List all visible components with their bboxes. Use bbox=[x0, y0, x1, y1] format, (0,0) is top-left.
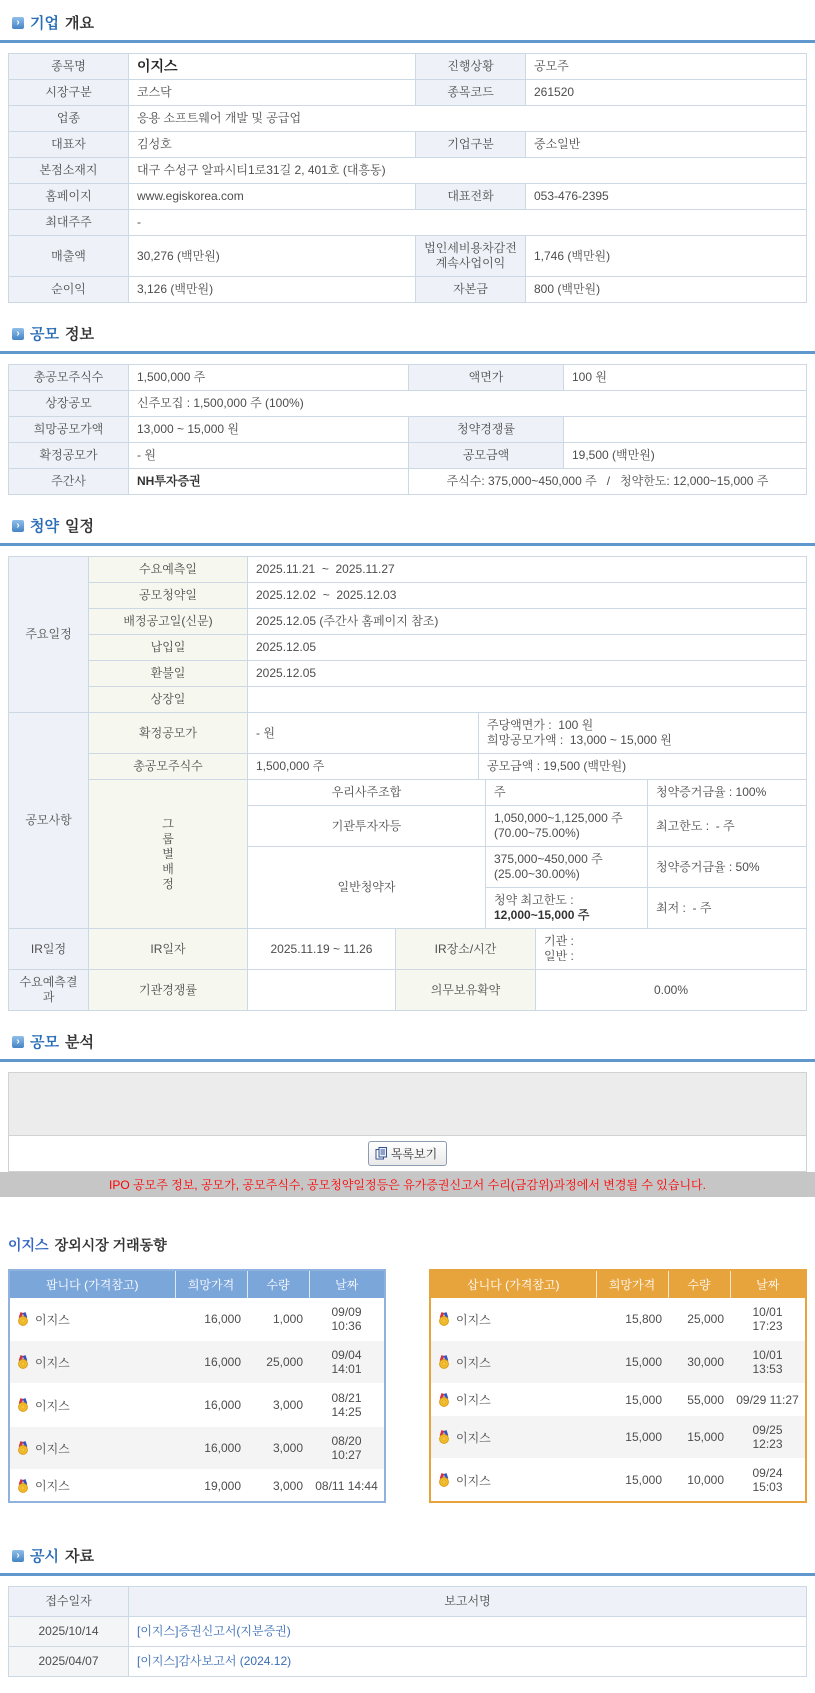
otc-price: 16,000 bbox=[175, 1298, 247, 1341]
ipo-page: › 기업 개요 종목명 이지스 진행상황 공모주 시장구분 코스닥 종목코드 2… bbox=[0, 0, 815, 1677]
label-fixed-price: 확정공모가 bbox=[9, 443, 129, 469]
otc-stock-link[interactable]: 이지스 bbox=[437, 1354, 590, 1371]
institution-ratio-value bbox=[248, 970, 396, 1011]
label-ceo: 대표자 bbox=[9, 132, 129, 158]
label-payment-date: 납입일 bbox=[89, 635, 248, 661]
otc-price: 15,000 bbox=[596, 1416, 668, 1459]
buy-header-date: 날짜 bbox=[730, 1270, 806, 1298]
esop-shares-value: 주 bbox=[486, 780, 648, 806]
label-hope-price: 희망공모가액 bbox=[9, 417, 129, 443]
otc-stock-name: 이지스 bbox=[35, 1354, 70, 1371]
table-row: 주요일정 수요예측일 2025.11.21 ~ 2025.11.27 bbox=[9, 557, 807, 583]
otc-qty: 3,000 bbox=[247, 1470, 309, 1503]
label-homepage: 홈페이지 bbox=[9, 184, 129, 210]
fixed-price2-note: 주당액면가 : 100 원 희망공모가액 : 13,000 ~ 15,000 원 bbox=[479, 713, 807, 754]
otc-stock-name: 이지스 bbox=[456, 1391, 491, 1408]
otc-stock-link[interactable]: 이지스 bbox=[16, 1397, 169, 1414]
institution-max-limit: 최고한도 : - 주 bbox=[648, 806, 807, 847]
otc-date: 08/20 10:27 bbox=[309, 1427, 385, 1470]
otc-price: 16,000 bbox=[175, 1427, 247, 1470]
capital-value: 800 (백만원) bbox=[526, 277, 807, 303]
rowhead-demand-forecast-result: 수요예측결과 bbox=[9, 970, 89, 1011]
otc-stock-name: 이지스 bbox=[35, 1477, 70, 1494]
section-underline bbox=[0, 40, 815, 43]
total-shares2-note: 공모금액 : 19,500 (백만원) bbox=[479, 754, 807, 780]
stock-name-value: 이지스 bbox=[129, 54, 416, 80]
buy-header-price: 희망가격 bbox=[596, 1270, 668, 1298]
disclosure-date: 2025/10/14 bbox=[9, 1617, 129, 1647]
otc-price: 15,000 bbox=[596, 1384, 668, 1416]
label-esop-group: 우리사주조합 bbox=[248, 780, 486, 806]
sell-header-price: 희망가격 bbox=[175, 1270, 247, 1298]
otc-date: 10/01 17:23 bbox=[730, 1298, 806, 1341]
label-fixed-price2: 확정공모가 bbox=[89, 713, 248, 754]
section-title-disclosure-em: 공시 bbox=[30, 1545, 59, 1566]
disclosure-table: 접수일자 보고서명 2025/10/14 [이지스]증권신고서(지분증권) 20… bbox=[8, 1586, 807, 1677]
otc-qty: 25,000 bbox=[247, 1341, 309, 1384]
table-row: 이지스 16,000 3,000 08/20 10:27 bbox=[9, 1427, 385, 1470]
table-row: 업종 응용 소프트웨어 개발 및 공급업 bbox=[9, 106, 807, 132]
section-underline bbox=[0, 543, 815, 546]
refund-date-value: 2025.12.05 bbox=[248, 661, 807, 687]
industry-value: 응용 소프트웨어 개발 및 공급업 bbox=[129, 106, 807, 132]
rowhead-ir-schedule: IR일정 bbox=[9, 929, 89, 970]
label-institution-group: 기관투자자등 bbox=[248, 806, 486, 847]
label-ir-place: IR장소/시간 bbox=[396, 929, 536, 970]
section-bullet-icon: › bbox=[12, 520, 24, 532]
medal-icon bbox=[16, 1441, 30, 1455]
otc-qty: 25,000 bbox=[668, 1298, 730, 1341]
table-row: 본점소재지 대구 수성구 알파시티1로31길 2, 401호 (대흥동) bbox=[9, 158, 807, 184]
label-net-income: 순이익 bbox=[9, 277, 129, 303]
label-par-value: 액면가 bbox=[409, 365, 564, 391]
otc-price: 16,000 bbox=[175, 1341, 247, 1384]
section-bullet-icon: › bbox=[12, 328, 24, 340]
table-row: 총공모주식수 1,500,000 주 공모금액 : 19,500 (백만원) bbox=[9, 754, 807, 780]
otc-price: 15,000 bbox=[596, 1459, 668, 1503]
general-shares-value: 375,000~450,000 주 (25.00~30.00%) bbox=[486, 847, 648, 888]
medal-icon bbox=[437, 1355, 451, 1369]
head-office-value: 대구 수성구 알파시티1로31길 2, 401호 (대흥동) bbox=[129, 158, 807, 184]
rowhead-group-allocation: 그 룹 별 배 정 bbox=[89, 780, 248, 929]
table-row: 이지스 19,000 3,000 08/11 14:44 bbox=[9, 1470, 385, 1503]
section-title-company: › 기업 개요 bbox=[0, 8, 815, 40]
section-bullet-icon: › bbox=[12, 17, 24, 29]
general-max-limit-label: 청약 최고한도 : bbox=[494, 893, 639, 908]
label-underwriter: 주간사 bbox=[9, 469, 129, 495]
table-row: 공모청약일 2025.12.02 ~ 2025.12.03 bbox=[9, 583, 807, 609]
ipo-change-notice: IPO 공모주 정보, 공모가, 공모주식수, 공모청약일정등은 유가증권신고서… bbox=[0, 1172, 815, 1197]
total-shares-value: 1,500,000 주 bbox=[129, 365, 409, 391]
otc-qty: 10,000 bbox=[668, 1459, 730, 1503]
disclosure-header-report: 보고서명 bbox=[129, 1587, 807, 1617]
disclosure-header-date: 접수일자 bbox=[9, 1587, 129, 1617]
list-view-button[interactable]: 목록보기 bbox=[368, 1141, 447, 1166]
label-subscription-ratio: 청약경쟁률 bbox=[409, 417, 564, 443]
section-title-schedule: › 청약 일정 bbox=[0, 511, 815, 543]
general-max-limit-cell: 청약 최고한도 : 12,000~15,000 주 bbox=[486, 888, 648, 929]
otc-stock-link[interactable]: 이지스 bbox=[16, 1354, 169, 1371]
section-title-company-em: 기업 bbox=[30, 12, 59, 33]
label-capital: 자본금 bbox=[416, 277, 526, 303]
report-link[interactable]: [이지스]감사보고서 (2024.12) bbox=[137, 1654, 291, 1668]
otc-stock-name: 이지스 bbox=[35, 1440, 70, 1457]
table-row: 환불일 2025.12.05 bbox=[9, 661, 807, 687]
allocation-notice-date-value: 2025.12.05 (주간사 홈페이지 참조) bbox=[248, 609, 807, 635]
otc-stock-name: 이지스 bbox=[35, 1311, 70, 1328]
section-title-disclosure-rest: 자료 bbox=[65, 1545, 94, 1566]
table-header-row: 삽니다 (가격참고) 희망가격 수량 날짜 bbox=[430, 1270, 806, 1298]
table-row: 매출액 30,276 (백만원) 법인세비용차감전 계속사업이익 1,746 (… bbox=[9, 236, 807, 277]
buy-header-name: 삽니다 (가격참고) bbox=[430, 1270, 596, 1298]
table-row: 대표자 김성호 기업구분 중소일반 bbox=[9, 132, 807, 158]
label-head-office: 본점소재지 bbox=[9, 158, 129, 184]
label-ir-date: IR일자 bbox=[89, 929, 248, 970]
table-row: 최대주주 - bbox=[9, 210, 807, 236]
label-general-group: 일반청약자 bbox=[248, 847, 486, 929]
section-title-schedule-rest: 일정 bbox=[65, 515, 94, 536]
otc-qty: 1,000 bbox=[247, 1298, 309, 1341]
label-listing-date: 상장일 bbox=[89, 687, 248, 713]
offering-amount-value: 19,500 (백만원) bbox=[564, 443, 807, 469]
ceo-value: 김성호 bbox=[129, 132, 416, 158]
underwriter-value: NH투자증권 bbox=[129, 469, 409, 495]
otc-price: 16,000 bbox=[175, 1384, 247, 1427]
section-title-offering-em: 공모 bbox=[30, 323, 59, 344]
label-sales: 매출액 bbox=[9, 236, 129, 277]
table-row: IR일정 IR일자 2025.11.19 ~ 11.26 IR장소/시간 기관 … bbox=[9, 929, 807, 970]
section-underline bbox=[0, 351, 815, 354]
ticker-code-value: 261520 bbox=[526, 80, 807, 106]
label-market-type: 시장구분 bbox=[9, 80, 129, 106]
lockup-commitment-value: 0.00% bbox=[536, 970, 807, 1011]
table-row: 이지스 16,000 3,000 08/21 14:25 bbox=[9, 1384, 385, 1427]
table-row: 총공모주식수 1,500,000 주 액면가 100 원 bbox=[9, 365, 807, 391]
otc-title-stock-name: 이지스 bbox=[8, 1235, 49, 1255]
table-row: 2025/04/07 [이지스]감사보고서 (2024.12) bbox=[9, 1647, 807, 1677]
otc-qty: 3,000 bbox=[247, 1427, 309, 1470]
table-row: 이지스 15,000 30,000 10/01 13:53 bbox=[430, 1341, 806, 1384]
label-offering-amount: 공모금액 bbox=[409, 443, 564, 469]
label-pretax-income: 법인세비용차감전 계속사업이익 bbox=[416, 236, 526, 277]
label-lockup-commitment: 의무보유확약 bbox=[396, 970, 536, 1011]
otc-date: 09/25 12:23 bbox=[730, 1416, 806, 1459]
otc-section-title: 이지스 장외시장 거래동향 bbox=[8, 1235, 807, 1255]
schedule-table: 주요일정 수요예측일 2025.11.21 ~ 2025.11.27 공모청약일… bbox=[8, 556, 807, 1011]
otc-qty: 15,000 bbox=[668, 1416, 730, 1459]
market-type-value: 코스닥 bbox=[129, 80, 416, 106]
table-row: 상장공모 신주모집 : 1,500,000 주 (100%) bbox=[9, 391, 807, 417]
table-row: 주간사 NH투자증권 주식수: 375,000~450,000 주 / 청약한도… bbox=[9, 469, 807, 495]
label-company-class: 기업구분 bbox=[416, 132, 526, 158]
table-row: 홈페이지 www.egiskorea.com 대표전화 053-476-2395 bbox=[9, 184, 807, 210]
otc-date: 09/09 10:36 bbox=[309, 1298, 385, 1341]
total-shares2-value: 1,500,000 주 bbox=[248, 754, 479, 780]
otc-stock-name: 이지스 bbox=[456, 1354, 491, 1371]
analysis-empty-panel bbox=[8, 1072, 807, 1136]
major-shareholder-value: - bbox=[129, 210, 807, 236]
table-row: 수요예측결과 기관경쟁률 의무보유확약 0.00% bbox=[9, 970, 807, 1011]
institution-shares-value: 1,050,000~1,125,000 주 (70.00~75.00%) bbox=[486, 806, 648, 847]
section-title-disclosure: › 공시 자료 bbox=[0, 1541, 815, 1573]
underwriter-note: 주식수: 375,000~450,000 주 / 청약한도: 12,000~15… bbox=[409, 469, 807, 495]
otc-date: 09/29 11:27 bbox=[730, 1384, 806, 1416]
otc-date: 08/21 14:25 bbox=[309, 1384, 385, 1427]
company-class-value: 중소일반 bbox=[526, 132, 807, 158]
otc-date: 09/04 14:01 bbox=[309, 1341, 385, 1384]
medal-icon bbox=[437, 1430, 451, 1444]
demand-forecast-date-value: 2025.11.21 ~ 2025.11.27 bbox=[248, 557, 807, 583]
otc-price: 15,800 bbox=[596, 1298, 668, 1341]
label-listing-offering: 상장공모 bbox=[9, 391, 129, 417]
otc-qty: 55,000 bbox=[668, 1384, 730, 1416]
label-progress-status: 진행상황 bbox=[416, 54, 526, 80]
otc-date: 08/11 14:44 bbox=[309, 1470, 385, 1503]
label-demand-forecast-date: 수요예측일 bbox=[89, 557, 248, 583]
otc-date: 10/01 13:53 bbox=[730, 1341, 806, 1384]
subscription-date-value: 2025.12.02 ~ 2025.12.03 bbox=[248, 583, 807, 609]
table-row: 배정공고일(신문) 2025.12.05 (주간사 홈페이지 참조) bbox=[9, 609, 807, 635]
label-total-shares2: 총공모주식수 bbox=[89, 754, 248, 780]
section-bullet-icon: › bbox=[12, 1036, 24, 1048]
otc-stock-link[interactable]: 이지스 bbox=[16, 1311, 169, 1328]
label-stock-name: 종목명 bbox=[9, 54, 129, 80]
table-header-row: 접수일자 보고서명 bbox=[9, 1587, 807, 1617]
hope-price-value: 13,000 ~ 15,000 원 bbox=[129, 417, 409, 443]
otc-stock-link[interactable]: 이지스 bbox=[437, 1472, 590, 1489]
medal-icon bbox=[16, 1312, 30, 1326]
table-row: 2025/10/14 [이지스]증권신고서(지분증권) bbox=[9, 1617, 807, 1647]
medal-icon bbox=[16, 1479, 30, 1493]
label-ticker-code: 종목코드 bbox=[416, 80, 526, 106]
pretax-income-value: 1,746 (백만원) bbox=[526, 236, 807, 277]
otc-tables: 팝니다 (가격참고) 희망가격 수량 날짜 이지스 16,000 1,000 0… bbox=[8, 1269, 807, 1503]
fixed-price-value: - 원 bbox=[129, 443, 409, 469]
table-row: 확정공모가 - 원 공모금액 19,500 (백만원) bbox=[9, 443, 807, 469]
section-title-analysis-rest: 분석 bbox=[65, 1031, 94, 1052]
sell-header-name: 팝니다 (가격참고) bbox=[9, 1270, 175, 1298]
ir-date-value: 2025.11.19 ~ 11.26 bbox=[248, 929, 396, 970]
medal-icon bbox=[437, 1393, 451, 1407]
medal-icon bbox=[437, 1312, 451, 1326]
payment-date-value: 2025.12.05 bbox=[248, 635, 807, 661]
table-header-row: 팝니다 (가격참고) 희망가격 수량 날짜 bbox=[9, 1270, 385, 1298]
table-row: 상장일 bbox=[9, 687, 807, 713]
section-underline bbox=[0, 1573, 815, 1576]
otc-stock-link[interactable]: 이지스 bbox=[16, 1440, 169, 1457]
table-row: 이지스 15,000 15,000 09/25 12:23 bbox=[430, 1416, 806, 1459]
table-row: 이지스 15,000 10,000 09/24 15:03 bbox=[430, 1459, 806, 1503]
listing-date-value bbox=[248, 687, 807, 713]
offering-table: 총공모주식수 1,500,000 주 액면가 100 원 상장공모 신주모집 :… bbox=[8, 364, 807, 495]
otc-qty: 30,000 bbox=[668, 1341, 730, 1384]
sell-header-qty: 수량 bbox=[247, 1270, 309, 1298]
report-link[interactable]: [이지스]증권신고서(지분증권) bbox=[137, 1624, 291, 1638]
otc-stock-name: 이지스 bbox=[456, 1429, 491, 1446]
table-row: 시장구분 코스닥 종목코드 261520 bbox=[9, 80, 807, 106]
otc-stock-name: 이지스 bbox=[35, 1397, 70, 1414]
progress-status-value: 공모주 bbox=[526, 54, 807, 80]
sell-header-date: 날짜 bbox=[309, 1270, 385, 1298]
company-table: 종목명 이지스 진행상황 공모주 시장구분 코스닥 종목코드 261520 업종… bbox=[8, 53, 807, 303]
analysis-button-row: 목록보기 bbox=[8, 1136, 807, 1172]
ir-place-value: 기관 : 일반 : bbox=[536, 929, 807, 970]
section-title-analysis: › 공모 분석 bbox=[0, 1027, 815, 1059]
otc-stock-link[interactable]: 이지스 bbox=[437, 1429, 590, 1446]
otc-title-rest: 장외시장 거래동향 bbox=[55, 1235, 167, 1255]
phone-value: 053-476-2395 bbox=[526, 184, 807, 210]
table-row: 공모사항 확정공모가 - 원 주당액면가 : 100 원 희망공모가액 : 13… bbox=[9, 713, 807, 754]
table-row: 이지스 15,800 25,000 10/01 17:23 bbox=[430, 1298, 806, 1341]
net-income-value: 3,126 (백만원) bbox=[129, 277, 416, 303]
otc-stock-link[interactable]: 이지스 bbox=[437, 1311, 590, 1328]
otc-stock-name: 이지스 bbox=[456, 1472, 491, 1489]
esop-deposit-rate: 청약증거금율 : 100% bbox=[648, 780, 807, 806]
table-row: 그 룹 별 배 정 우리사주조합 주 청약증거금율 : 100% bbox=[9, 780, 807, 806]
document-list-icon bbox=[375, 1147, 388, 1160]
otc-date: 09/24 15:03 bbox=[730, 1459, 806, 1503]
table-row: 납입일 2025.12.05 bbox=[9, 635, 807, 661]
medal-icon bbox=[16, 1398, 30, 1412]
fixed-price2-value: - 원 bbox=[248, 713, 479, 754]
table-row: 이지스 15,000 55,000 09/29 11:27 bbox=[430, 1384, 806, 1416]
label-institution-ratio: 기관경쟁률 bbox=[89, 970, 248, 1011]
listing-offering-value: 신주모집 : 1,500,000 주 (100%) bbox=[129, 391, 807, 417]
list-view-button-label: 목록보기 bbox=[391, 1145, 437, 1162]
label-subscription-date: 공모청약일 bbox=[89, 583, 248, 609]
homepage-value: www.egiskorea.com bbox=[129, 184, 416, 210]
section-bullet-icon: › bbox=[12, 1550, 24, 1562]
table-row: 희망공모가액 13,000 ~ 15,000 원 청약경쟁률 bbox=[9, 417, 807, 443]
section-title-analysis-em: 공모 bbox=[30, 1031, 59, 1052]
general-max-limit-value: 12,000~15,000 주 bbox=[494, 908, 639, 923]
otc-price: 19,000 bbox=[175, 1470, 247, 1503]
otc-price: 15,000 bbox=[596, 1341, 668, 1384]
table-row: 이지스 16,000 1,000 09/09 10:36 bbox=[9, 1298, 385, 1341]
general-deposit-rate: 청약증거금율 : 50% bbox=[648, 847, 807, 888]
label-major-shareholder: 최대주주 bbox=[9, 210, 129, 236]
otc-buy-table: 삽니다 (가격참고) 희망가격 수량 날짜 이지스 15,800 25,000 … bbox=[429, 1269, 807, 1503]
table-row: 순이익 3,126 (백만원) 자본금 800 (백만원) bbox=[9, 277, 807, 303]
otc-stock-name: 이지스 bbox=[456, 1311, 491, 1328]
section-title-offering-rest: 정보 bbox=[65, 323, 94, 344]
table-row: 종목명 이지스 진행상황 공모주 bbox=[9, 54, 807, 80]
section-title-offering: › 공모 정보 bbox=[0, 319, 815, 351]
buy-header-qty: 수량 bbox=[668, 1270, 730, 1298]
label-refund-date: 환불일 bbox=[89, 661, 248, 687]
subscription-ratio-value bbox=[564, 417, 807, 443]
otc-sell-table: 팝니다 (가격참고) 희망가격 수량 날짜 이지스 16,000 1,000 0… bbox=[8, 1269, 386, 1503]
section-title-company-rest: 개요 bbox=[65, 12, 94, 33]
medal-icon bbox=[16, 1355, 30, 1369]
label-total-shares: 총공모주식수 bbox=[9, 365, 129, 391]
disclosure-date: 2025/04/07 bbox=[9, 1647, 129, 1677]
label-allocation-notice-date: 배정공고일(신문) bbox=[89, 609, 248, 635]
otc-qty: 3,000 bbox=[247, 1384, 309, 1427]
table-row: 이지스 16,000 25,000 09/04 14:01 bbox=[9, 1341, 385, 1384]
otc-stock-link[interactable]: 이지스 bbox=[437, 1391, 590, 1408]
sales-value: 30,276 (백만원) bbox=[129, 236, 416, 277]
rowhead-main-schedule: 주요일정 bbox=[9, 557, 89, 713]
general-min-limit: 최저 : - 주 bbox=[648, 888, 807, 929]
medal-icon bbox=[437, 1473, 451, 1487]
par-value: 100 원 bbox=[564, 365, 807, 391]
label-industry: 업종 bbox=[9, 106, 129, 132]
section-title-schedule-em: 청약 bbox=[30, 515, 59, 536]
label-phone: 대표전화 bbox=[416, 184, 526, 210]
rowhead-offering-detail: 공모사항 bbox=[9, 713, 89, 929]
section-underline bbox=[0, 1059, 815, 1062]
otc-stock-link[interactable]: 이지스 bbox=[16, 1477, 169, 1494]
